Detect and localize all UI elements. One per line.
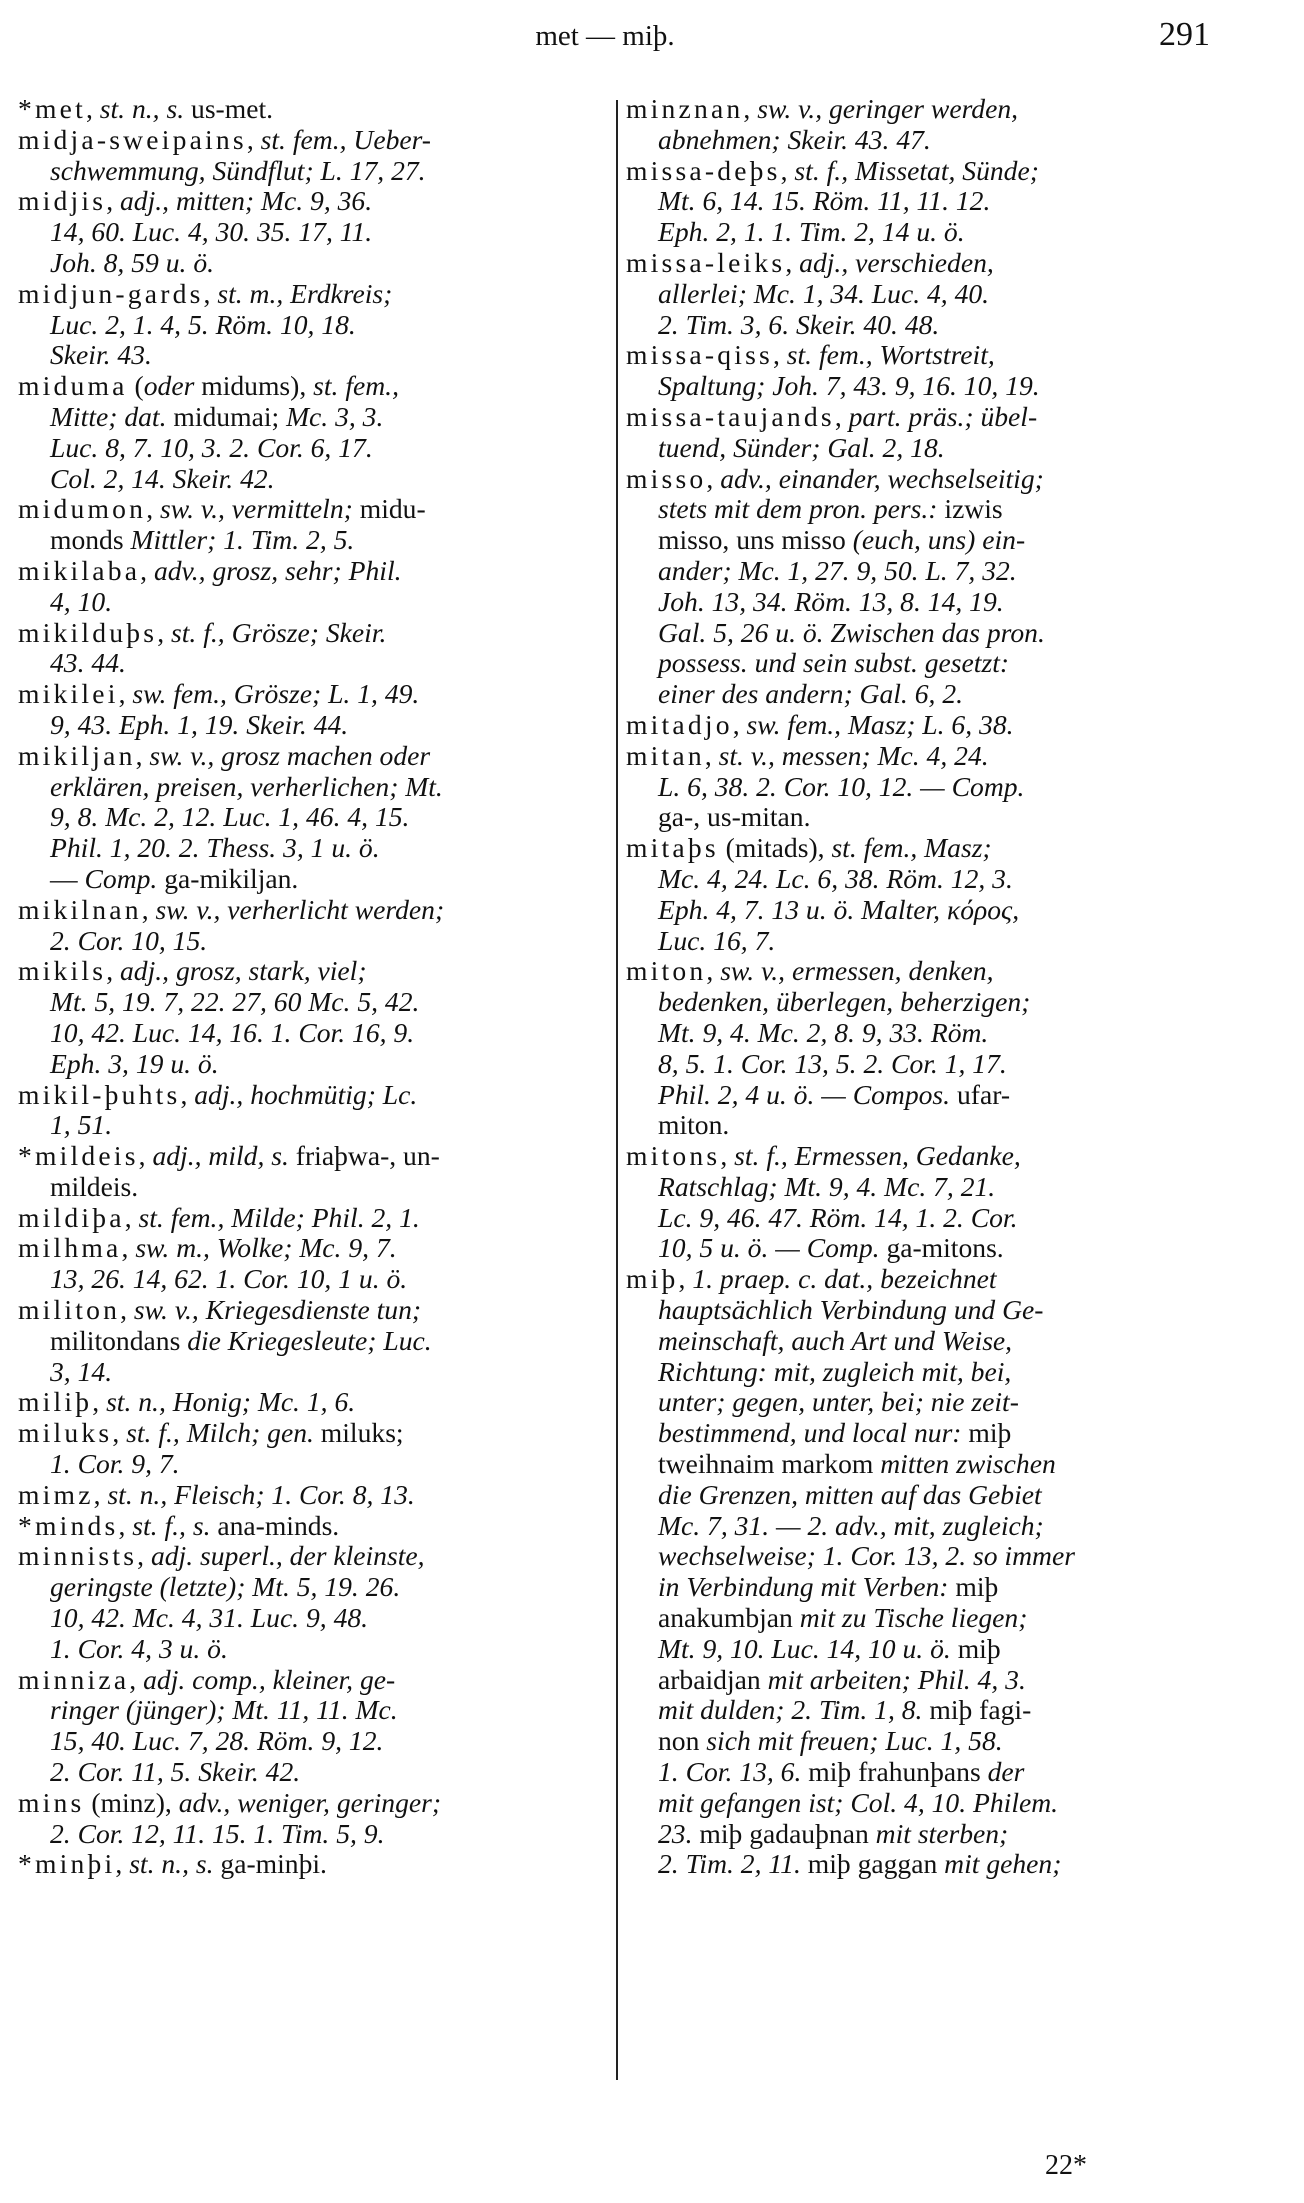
italic-gloss: in Verbindung mit Verben:	[658, 1571, 948, 1602]
entry-continuation-line: Eph. 3, 19 u. ö.	[18, 1049, 606, 1080]
entry-continuation-line: ander; Mc. 1, 27. 9, 50. L. 7, 32.	[626, 556, 1212, 587]
entry-first-line: misso, adv., einander, wechselseitig;	[626, 464, 1212, 495]
entry-continuation-line: militondans die Kriegesleute; Luc.	[18, 1326, 606, 1357]
headword: *minþi	[18, 1848, 115, 1879]
entry-first-line: minniza, adj. comp., kleiner, ge-	[18, 1665, 606, 1696]
entry-first-line: missa-qiss, st. fem., Wortstreit,	[626, 340, 1212, 371]
roman-text: ga-mitons.	[880, 1232, 1004, 1263]
italic-gloss: st. n., s.	[129, 1848, 213, 1879]
dictionary-entry: mitan, st. v., messen; Mc. 4, 24.L. 6, 3…	[626, 741, 1212, 833]
page-number: 291	[1159, 16, 1210, 54]
dictionary-entry: mitons, st. f., Ermessen, Gedanke,Ratsch…	[626, 1141, 1212, 1264]
italic-gloss: sw. fem., Masz; L. 6, 38.	[747, 709, 1014, 740]
italic-gloss: Luc. 16, 7.	[658, 925, 775, 956]
roman-text: ,	[86, 93, 100, 124]
left-column: *met, st. n., s. us-met.midja-sweipains,…	[18, 94, 606, 1880]
roman-text: ,	[835, 401, 849, 432]
italic-gloss: 8, 5. 1. Cor. 13, 5. 2. Cor. 1, 17.	[658, 1048, 1007, 1079]
italic-gloss: Richtung: mit, zugleich mit, bei,	[658, 1356, 1011, 1387]
signature-mark: 22*	[1045, 2150, 1087, 2182]
dictionary-entry: minniza, adj. comp., kleiner, ge-ringer …	[18, 1665, 606, 1788]
entry-continuation-line: einer des andern; Gal. 6, 2.	[626, 679, 1212, 710]
entry-continuation-line: possess. und sein subst. gesetzt:	[626, 648, 1212, 679]
entry-continuation-line: 1, 51.	[18, 1110, 606, 1141]
italic-gloss: 10, 5 u. ö. — Comp.	[658, 1232, 880, 1263]
entry-first-line: missa-taujands, part. präs.; übel-	[626, 402, 1212, 433]
entry-first-line: mikilaba, adv., grosz, sehr; Phil.	[18, 556, 606, 587]
headword: mikiljan	[18, 740, 136, 771]
italic-gloss: bestimmend, und local nur:	[658, 1417, 962, 1448]
italic-gloss: oder	[144, 370, 195, 401]
italic-gloss: 1, 51.	[50, 1109, 112, 1140]
entry-first-line: missa-leiks, adj., verschieden,	[626, 248, 1212, 279]
headword: *met	[18, 93, 86, 124]
dictionary-entry: *minds, st. f., s. ana-minds.	[18, 1511, 606, 1542]
entry-continuation-line: Mitte; dat. midumai; Mc. 3, 3.	[18, 402, 606, 433]
headword: mikilduþs	[18, 617, 157, 648]
roman-text: tweihnaim markom	[658, 1448, 880, 1479]
roman-text: ,	[706, 463, 720, 494]
entry-continuation-line: mit gefangen ist; Col. 4, 10. Philem.	[626, 1788, 1212, 1819]
entry-continuation-line: Mc. 4, 24. Lc. 6, 38. Röm. 12, 3.	[626, 864, 1212, 895]
italic-gloss: adj. comp., kleiner, ge-	[143, 1664, 395, 1695]
roman-text: (minz),	[84, 1787, 178, 1818]
roman-text: ,	[139, 1140, 153, 1171]
entry-first-line: mildiþa, st. fem., Milde; Phil. 2, 1.	[18, 1203, 606, 1234]
italic-gloss: abnehmen; Skeir. 43. 47.	[658, 124, 931, 155]
italic-gloss: Phil. 1, 20. 2. Thess. 3, 1 u. ö.	[50, 832, 380, 863]
entry-first-line: miþ, 1. praep. c. dat., bezeichnet	[626, 1264, 1212, 1295]
roman-text: mildeis.	[50, 1171, 138, 1202]
entry-continuation-line: 9, 8. Mc. 2, 12. Luc. 1, 46. 4, 15.	[18, 802, 606, 833]
italic-gloss: sw. fem., Grösze; L. 1, 49.	[132, 678, 419, 709]
italic-gloss: Eph. 2, 1. 1. Tim. 2, 14 u. ö.	[658, 216, 965, 247]
italic-gloss: st. n., Honig; Mc. 1, 6.	[106, 1386, 355, 1417]
roman-text: ,	[106, 185, 120, 216]
entry-continuation-line: Skeir. 43.	[18, 340, 606, 371]
italic-gloss: 1. praep. c. dat., bezeichnet	[692, 1263, 996, 1294]
roman-text: ,	[743, 93, 757, 124]
entry-continuation-line: Col. 2, 14. Skeir. 42.	[18, 464, 606, 495]
roman-text: ,	[706, 955, 720, 986]
italic-gloss: sw. v., vermitteln;	[160, 493, 353, 524]
roman-text: non	[658, 1725, 706, 1756]
entry-first-line: midjis, adj., mitten; Mc. 9, 36.	[18, 186, 606, 217]
dictionary-entry: minznan, sw. v., geringer werden,abnehme…	[626, 94, 1212, 156]
entry-continuation-line: Joh. 8, 59 u. ö.	[18, 248, 606, 279]
roman-text: misso, uns misso	[658, 524, 853, 555]
italic-gloss: adv., einander, wechselseitig;	[720, 463, 1044, 494]
roman-text: ,	[118, 1510, 132, 1541]
roman-text: ,	[115, 1848, 129, 1879]
italic-gloss: L. 6, 38. 2. Cor. 10, 12. — Comp.	[658, 771, 1024, 802]
roman-text: us-met.	[184, 93, 273, 124]
entry-continuation-line: 1. Cor. 4, 3 u. ö.	[18, 1634, 606, 1665]
dictionary-entry: mitadjo, sw. fem., Masz; L. 6, 38.	[626, 710, 1212, 741]
italic-gloss: st. fem., Ueber-	[261, 124, 431, 155]
dictionary-entry: milhma, sw. m., Wolke; Mc. 9, 7.13, 26. …	[18, 1233, 606, 1295]
italic-gloss: Eph. 4, 7. 13 u. ö. Malter, κόρος,	[658, 894, 1019, 925]
entry-first-line: minnists, adj. superl., der kleinste,	[18, 1541, 606, 1572]
entry-continuation-line: mildeis.	[18, 1172, 606, 1203]
roman-text: ,	[106, 955, 120, 986]
italic-gloss: 1. Cor. 4, 3 u. ö.	[50, 1633, 228, 1664]
entry-continuation-line: L. 6, 38. 2. Cor. 10, 12. — Comp.	[626, 772, 1212, 803]
dictionary-entry: miþ, 1. praep. c. dat., bezeichnethaupts…	[626, 1264, 1212, 1880]
roman-text: ,	[112, 1417, 126, 1448]
italic-gloss: 1. Cor. 13, 6.	[658, 1756, 801, 1787]
headword: mins	[18, 1787, 84, 1818]
headword: mitaþs	[626, 832, 719, 863]
italic-gloss: sw. v., verherlicht werden;	[156, 894, 445, 925]
roman-text: ,	[157, 617, 171, 648]
italic-gloss: 13, 26. 14, 62. 1. Cor. 10, 1 u. ö.	[50, 1263, 407, 1294]
dictionary-entry: *minþi, st. n., s. ga-minþi.	[18, 1849, 606, 1880]
dictionary-entry: militon, sw. v., Kriegesdienste tun;mili…	[18, 1295, 606, 1387]
entry-continuation-line: ringer (jünger); Mt. 11, 11. Mc.	[18, 1695, 606, 1726]
italic-gloss: st. f., Ermessen, Gedanke,	[734, 1140, 1021, 1171]
italic-gloss: sw. v., ermessen, denken,	[720, 955, 993, 986]
roman-text: ,	[136, 740, 150, 771]
italic-gloss: wechselweise; 1. Cor. 13, 2. so immer	[658, 1540, 1075, 1571]
headword: misso	[626, 463, 706, 494]
roman-text: miþ	[948, 1571, 998, 1602]
headword: mitons	[626, 1140, 720, 1171]
roman-text: ,	[122, 1232, 136, 1263]
italic-gloss: adv., weniger, geringer;	[179, 1787, 441, 1818]
headword: mikilaba	[18, 555, 140, 586]
roman-text: ,	[733, 709, 747, 740]
roman-text: ,	[785, 247, 799, 278]
entry-continuation-line: Lc. 9, 46. 47. Röm. 14, 1. 2. Cor.	[626, 1203, 1212, 1234]
italic-gloss: sw. m., Wolke; Mc. 9, 7.	[135, 1232, 396, 1263]
entry-first-line: *minþi, st. n., s. ga-minþi.	[18, 1849, 606, 1880]
roman-text: miþ gadauþnan	[693, 1818, 876, 1849]
roman-text: ,	[773, 339, 787, 370]
roman-text: ga-mikiljan.	[157, 863, 298, 894]
headword: mildiþa	[18, 1202, 125, 1233]
entry-continuation-line: geringste (letzte); Mt. 5, 19. 26.	[18, 1572, 606, 1603]
roman-text: (mitads),	[719, 832, 832, 863]
headword: mikils	[18, 955, 106, 986]
entry-first-line: mikiljan, sw. v., grosz machen oder	[18, 741, 606, 772]
italic-gloss: adj., mitten; Mc. 9, 36.	[120, 185, 372, 216]
italic-gloss: mitten zwischen	[880, 1448, 1056, 1479]
roman-text: midums),	[194, 370, 313, 401]
italic-gloss: 10, 42. Mc. 4, 31. Luc. 9, 48.	[50, 1602, 368, 1633]
italic-gloss: mit arbeiten; Phil. 4, 3.	[768, 1664, 1026, 1695]
italic-gloss: 1. Cor. 9, 7.	[50, 1448, 180, 1479]
headword: *minds	[18, 1510, 118, 1541]
running-head: met — miþ. 291	[0, 14, 1304, 58]
headword: mikilnan	[18, 894, 142, 925]
entry-first-line: *minds, st. f., s. ana-minds.	[18, 1511, 606, 1542]
roman-text: —	[50, 863, 85, 894]
roman-text: miþ	[951, 1633, 1001, 1664]
italic-gloss: meinschaft, auch Art und Weise,	[658, 1325, 1012, 1356]
roman-text: ,	[94, 1479, 108, 1510]
headword: minznan	[626, 93, 743, 124]
headword: minniza	[18, 1664, 129, 1695]
headword: midumon	[18, 493, 146, 524]
roman-text: izwis	[938, 493, 1003, 524]
italic-gloss: bedenken, überlegen, beherzigen;	[658, 986, 1030, 1017]
entry-continuation-line: 8, 5. 1. Cor. 13, 5. 2. Cor. 1, 17.	[626, 1049, 1212, 1080]
entry-first-line: midumon, sw. v., vermitteln; midu-	[18, 494, 606, 525]
headword: miluks	[18, 1417, 112, 1448]
roman-text: miþ frahunþans	[801, 1756, 987, 1787]
italic-gloss: adj., verschieden,	[799, 247, 994, 278]
italic-gloss: 4, 10.	[50, 586, 112, 617]
roman-text: ga-, us-mitan.	[658, 801, 811, 832]
dictionary-entry: mins (minz), adv., weniger, geringer;2. …	[18, 1788, 606, 1850]
entry-continuation-line: Gal. 5, 26 u. ö. Zwischen das pron.	[626, 618, 1212, 649]
headword: midjun-gards	[18, 278, 204, 309]
italic-gloss: mit gehen;	[944, 1848, 1061, 1879]
italic-gloss: Mc. 7, 31. — 2. adv., mit, zugleich;	[658, 1510, 1044, 1541]
dictionary-entry: midja-sweipains, st. fem., Ueber-schwemm…	[18, 125, 606, 187]
roman-text: ,	[204, 278, 218, 309]
dictionary-entry: misso, adv., einander, wechselseitig;ste…	[626, 464, 1212, 710]
italic-gloss: Ratschlag; Mt. 9, 4. Mc. 7, 21.	[658, 1171, 995, 1202]
dictionary-entry: missa-leiks, adj., verschieden,allerlei;…	[626, 248, 1212, 340]
italic-gloss: st. f., Grösze; Skeir.	[171, 617, 386, 648]
roman-text: miþ fagi-	[922, 1694, 1031, 1725]
entry-continuation-line: Mt. 9, 10. Luc. 14, 10 u. ö. miþ	[626, 1634, 1212, 1665]
roman-text: anakumbjan	[658, 1602, 800, 1633]
roman-text: miþ	[962, 1417, 1012, 1448]
headword: miliþ	[18, 1386, 92, 1417]
italic-gloss: adj., mild, s.	[152, 1140, 288, 1171]
headword: mimz	[18, 1479, 94, 1510]
entry-first-line: mitons, st. f., Ermessen, Gedanke,	[626, 1141, 1212, 1172]
dictionary-entry: midumon, sw. v., vermitteln; midu-monds …	[18, 494, 606, 556]
italic-gloss: ringer (jünger); Mt. 11, 11. Mc.	[50, 1694, 398, 1725]
italic-gloss: adj., grosz, stark, viel;	[120, 955, 367, 986]
entry-first-line: mins (minz), adv., weniger, geringer;	[18, 1788, 606, 1819]
italic-gloss: 14, 60. Luc. 4, 30. 35. 17, 11.	[50, 216, 372, 247]
italic-gloss: part. präs.; übel-	[849, 401, 1038, 432]
entry-first-line: mitaþs (mitads), st. fem., Masz;	[626, 833, 1212, 864]
italic-gloss: Spaltung; Joh. 7, 43. 9, 16. 10, 19.	[658, 370, 1040, 401]
entry-continuation-line: anakumbjan mit zu Tische liegen;	[626, 1603, 1212, 1634]
italic-gloss: Mitte; dat.	[50, 401, 166, 432]
italic-gloss: mit zu Tische liegen;	[800, 1602, 1028, 1633]
headword: *mildeis	[18, 1140, 139, 1171]
entry-continuation-line: 23. miþ gadauþnan mit sterben;	[626, 1819, 1212, 1850]
dictionary-entry: mikilduþs, st. f., Grösze; Skeir.43. 44.	[18, 618, 606, 680]
headword: midjis	[18, 185, 106, 216]
entry-first-line: mikilei, sw. fem., Grösze; L. 1, 49.	[18, 679, 606, 710]
roman-text: ,	[120, 1294, 134, 1325]
entry-continuation-line: Phil. 2, 4 u. ö. — Compos. ufar-	[626, 1080, 1212, 1111]
entry-continuation-line: Luc. 16, 7.	[626, 926, 1212, 957]
entry-continuation-line: meinschaft, auch Art und Weise,	[626, 1326, 1212, 1357]
italic-gloss: st. fem.,	[313, 370, 399, 401]
italic-gloss: sw. v., grosz machen oder	[149, 740, 430, 771]
italic-gloss: sw. v., Kriegesdienste tun;	[134, 1294, 421, 1325]
roman-text: miþ gaggan	[801, 1848, 944, 1879]
entry-continuation-line: 10, 5 u. ö. — Comp. ga-mitons.	[626, 1233, 1212, 1264]
entry-first-line: miduma (oder midums), st. fem.,	[18, 371, 606, 402]
roman-text: miton.	[658, 1109, 729, 1140]
roman-text: ,	[146, 493, 160, 524]
entry-first-line: militon, sw. v., Kriegesdienste tun;	[18, 1295, 606, 1326]
dictionary-entry: minnists, adj. superl., der kleinste,ger…	[18, 1541, 606, 1664]
headword: miton	[626, 955, 706, 986]
entry-continuation-line: 2. Cor. 10, 15.	[18, 926, 606, 957]
dictionary-entry: mikiljan, sw. v., grosz machen odererklä…	[18, 741, 606, 895]
entry-continuation-line: Luc. 8, 7. 10, 3. 2. Cor. 6, 17.	[18, 433, 606, 464]
dictionary-entry: miduma (oder midums), st. fem.,Mitte; da…	[18, 371, 606, 494]
roman-text: ,	[781, 155, 795, 186]
entry-continuation-line: die Grenzen, mitten auf das Gebiet	[626, 1480, 1212, 1511]
italic-gloss: st. fem., Wortstreit,	[787, 339, 995, 370]
roman-text: ,	[705, 740, 719, 771]
italic-gloss: geringste (letzte); Mt. 5, 19. 26.	[50, 1571, 400, 1602]
entry-continuation-line: tuend, Sünder; Gal. 2, 18.	[626, 433, 1212, 464]
right-column: minznan, sw. v., geringer werden,abnehme…	[626, 94, 1212, 1880]
entry-continuation-line: 10, 42. Mc. 4, 31. Luc. 9, 48.	[18, 1603, 606, 1634]
entry-continuation-line: 43. 44.	[18, 648, 606, 679]
dictionary-entry: *met, st. n., s. us-met.	[18, 94, 606, 125]
entry-continuation-line: 3, 14.	[18, 1357, 606, 1388]
italic-gloss: 43. 44.	[50, 647, 126, 678]
italic-gloss: Lc. 9, 46. 47. Röm. 14, 1. 2. Cor.	[658, 1202, 1018, 1233]
entry-continuation-line: misso, uns misso (euch, uns) ein-	[626, 525, 1212, 556]
italic-gloss: Eph. 3, 19 u. ö.	[50, 1048, 219, 1079]
entry-continuation-line: 1. Cor. 9, 7.	[18, 1449, 606, 1480]
roman-text: midumai;	[166, 401, 286, 432]
entry-first-line: mikilnan, sw. v., verherlicht werden;	[18, 895, 606, 926]
roman-text: (	[128, 370, 144, 401]
dictionary-entry: mitaþs (mitads), st. fem., Masz;Mc. 4, 2…	[626, 833, 1212, 956]
roman-text: militondans	[50, 1325, 187, 1356]
dictionary-entry: missa-taujands, part. präs.; übel-tuend,…	[626, 402, 1212, 464]
italic-gloss: mit sterben;	[876, 1818, 1009, 1849]
italic-gloss: Phil. 2, 4 u. ö. — Compos.	[658, 1079, 950, 1110]
entry-first-line: midja-sweipains, st. fem., Ueber-	[18, 125, 606, 156]
entry-continuation-line: in Verbindung mit Verben: miþ	[626, 1572, 1212, 1603]
entry-first-line: miton, sw. v., ermessen, denken,	[626, 956, 1212, 987]
italic-gloss: Mt. 9, 10. Luc. 14, 10 u. ö.	[658, 1633, 951, 1664]
roman-text: ,	[129, 1664, 143, 1695]
italic-gloss: mit gefangen ist; Col. 4, 10. Philem.	[658, 1787, 1058, 1818]
italic-gloss: der	[988, 1756, 1025, 1787]
headword: missa-taujands	[626, 401, 835, 432]
headword: missa-deþs	[626, 155, 781, 186]
italic-gloss: ander; Mc. 1, 27. 9, 50. L. 7, 32.	[658, 555, 1017, 586]
italic-gloss: 23.	[658, 1818, 693, 1849]
roman-text: arbaidjan	[658, 1664, 768, 1695]
entry-first-line: minznan, sw. v., geringer werden,	[626, 94, 1212, 125]
entry-continuation-line: Ratschlag; Mt. 9, 4. Mc. 7, 21.	[626, 1172, 1212, 1203]
headword: mikil-þuhts	[18, 1079, 180, 1110]
entry-continuation-line: miton.	[626, 1110, 1212, 1141]
italic-gloss: die Grenzen, mitten auf das Gebiet	[658, 1479, 1042, 1510]
dictionary-entry: mikilnan, sw. v., verherlicht werden;2. …	[18, 895, 606, 957]
roman-text: ,	[247, 124, 261, 155]
headword: miþ	[626, 1263, 679, 1294]
entry-continuation-line: monds Mittler; 1. Tim. 2, 5.	[18, 525, 606, 556]
entry-continuation-line: wechselweise; 1. Cor. 13, 2. so immer	[626, 1541, 1212, 1572]
entry-first-line: miluks, st. f., Milch; gen. miluks;	[18, 1418, 606, 1449]
entry-continuation-line: 4, 10.	[18, 587, 606, 618]
italic-gloss: st. m., Erdkreis;	[217, 278, 392, 309]
entry-first-line: missa-deþs, st. f., Missetat, Sünde;	[626, 156, 1212, 187]
dictionary-entry: midjun-gards, st. m., Erdkreis;Luc. 2, 1…	[18, 279, 606, 371]
entry-continuation-line: 15, 40. Luc. 7, 28. Röm. 9, 12.	[18, 1726, 606, 1757]
entry-continuation-line: Joh. 13, 34. Röm. 13, 8. 14, 19.	[626, 587, 1212, 618]
entry-continuation-line: Luc. 2, 1. 4, 5. Röm. 10, 18.	[18, 310, 606, 341]
italic-gloss: Mc. 4, 24. Lc. 6, 38. Röm. 12, 3.	[658, 863, 1013, 894]
entry-continuation-line: tweihnaim markom mitten zwischen	[626, 1449, 1212, 1480]
roman-text: ana-minds.	[210, 1510, 339, 1541]
italic-gloss: Luc. 8, 7. 10, 3. 2. Cor. 6, 17.	[50, 432, 373, 463]
entry-continuation-line: Richtung: mit, zugleich mit, bei,	[626, 1357, 1212, 1388]
italic-gloss: st. fem., Masz;	[831, 832, 991, 863]
entry-continuation-line: non sich mit freuen; Luc. 1, 58.	[626, 1726, 1212, 1757]
italic-gloss: Mc. 3, 3.	[286, 401, 383, 432]
headword: miduma	[18, 370, 128, 401]
italic-gloss: 2. Cor. 11, 5. Skeir. 42.	[50, 1756, 300, 1787]
italic-gloss: possess. und sein subst. gesetzt:	[658, 647, 1009, 678]
entry-first-line: *met, st. n., s. us-met.	[18, 94, 606, 125]
italic-gloss: adj., hochmütig; Lc.	[194, 1079, 417, 1110]
entry-first-line: *mildeis, adj., mild, s. friaþwa-, un-	[18, 1141, 606, 1172]
roman-text: ,	[125, 1202, 139, 1233]
entry-continuation-line: 2. Cor. 11, 5. Skeir. 42.	[18, 1757, 606, 1788]
italic-gloss: Luc. 2, 1. 4, 5. Röm. 10, 18.	[50, 309, 356, 340]
dictionary-entry: mikils, adj., grosz, stark, viel;Mt. 5, …	[18, 956, 606, 1079]
roman-text: ,	[720, 1140, 734, 1171]
italic-gloss: Mt. 5, 19. 7, 22. 27, 60 Mc. 5, 42.	[50, 986, 419, 1017]
dictionary-entry: mikilaba, adv., grosz, sehr; Phil.4, 10.	[18, 556, 606, 618]
entry-continuation-line: Mt. 5, 19. 7, 22. 27, 60 Mc. 5, 42.	[18, 987, 606, 1018]
italic-gloss: st. n., Fleisch; 1. Cor. 8, 13.	[107, 1479, 414, 1510]
headword: minnists	[18, 1540, 137, 1571]
entry-continuation-line: 2. Tim. 3, 6. Skeir. 40. 48.	[626, 310, 1212, 341]
entry-first-line: milhma, sw. m., Wolke; Mc. 9, 7.	[18, 1233, 606, 1264]
italic-gloss: die Kriegesleute; Luc.	[187, 1325, 431, 1356]
roman-text: ga-minþi.	[214, 1848, 327, 1879]
italic-gloss: mit dulden; 2. Tim. 1, 8.	[658, 1694, 922, 1725]
dictionary-entry: missa-deþs, st. f., Missetat, Sünde;Mt. …	[626, 156, 1212, 248]
entry-continuation-line: 1. Cor. 13, 6. miþ frahunþans der	[626, 1757, 1212, 1788]
italic-gloss: 2. Tim. 3, 6. Skeir. 40. 48.	[658, 309, 939, 340]
headword: missa-qiss	[626, 339, 773, 370]
italic-gloss: 2. Cor. 12, 11. 15. 1. Tim. 5, 9.	[50, 1818, 385, 1849]
italic-gloss: st. n., s.	[100, 93, 184, 124]
roman-text: midu-	[353, 493, 426, 524]
dictionary-entry: miluks, st. f., Milch; gen. miluks;1. Co…	[18, 1418, 606, 1480]
entry-continuation-line: allerlei; Mc. 1, 34. Luc. 4, 40.	[626, 279, 1212, 310]
entry-continuation-line: Mt. 9, 4. Mc. 2, 8. 9, 33. Röm.	[626, 1018, 1212, 1049]
entry-continuation-line: abnehmen; Skeir. 43. 47.	[626, 125, 1212, 156]
entry-first-line: mitan, st. v., messen; Mc. 4, 24.	[626, 741, 1212, 772]
italic-gloss: Col. 2, 14. Skeir. 42.	[50, 463, 275, 494]
entry-first-line: miliþ, st. n., Honig; Mc. 1, 6.	[18, 1387, 606, 1418]
italic-gloss: 3, 14.	[50, 1356, 112, 1387]
entry-continuation-line: mit dulden; 2. Tim. 1, 8. miþ fagi-	[626, 1695, 1212, 1726]
roman-text: ,	[679, 1263, 693, 1294]
italic-gloss: Joh. 13, 34. Röm. 13, 8. 14, 19.	[658, 586, 1004, 617]
italic-gloss: st. f., s.	[132, 1510, 210, 1541]
roman-text: ,	[92, 1386, 106, 1417]
entry-continuation-line: 9, 43. Eph. 1, 19. Skeir. 44.	[18, 710, 606, 741]
entry-continuation-line: Eph. 2, 1. 1. Tim. 2, 14 u. ö.	[626, 217, 1212, 248]
headword: militon	[18, 1294, 120, 1325]
